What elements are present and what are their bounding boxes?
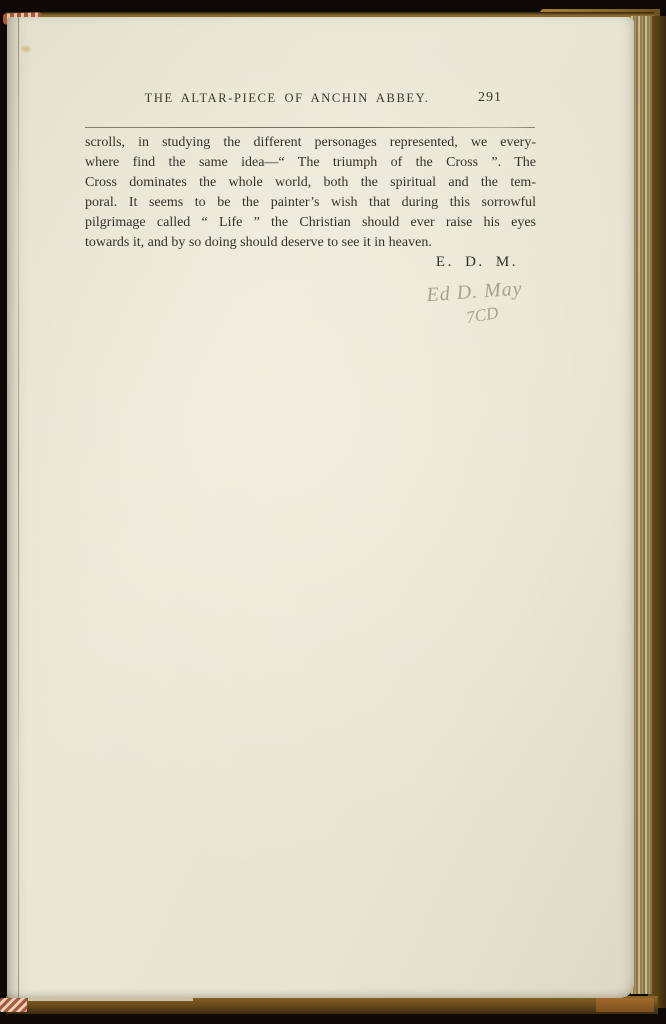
text-line: where find the same idea—“ The triumph o… bbox=[85, 153, 536, 173]
book-page: THE ALTAR-PIECE OF ANCHIN ABBEY. 291 scr… bbox=[7, 17, 634, 998]
text-line: Cross dominates the whole world, both th… bbox=[85, 173, 536, 193]
page-number: 291 bbox=[478, 90, 502, 106]
handwritten-pencil-note: Ed D. May 7CD bbox=[426, 274, 578, 325]
photo-background: THE ALTAR-PIECE OF ANCHIN ABBEY. 291 scr… bbox=[0, 0, 666, 1024]
text-line: pilgrimage called “ Life ” the Christian… bbox=[85, 213, 536, 233]
running-head: THE ALTAR-PIECE OF ANCHIN ABBEY. 291 bbox=[85, 91, 535, 109]
gutter-crease bbox=[18, 17, 19, 998]
header-rule bbox=[85, 127, 535, 128]
page-edge-stack bbox=[631, 16, 652, 994]
chapter-title: THE ALTAR-PIECE OF ANCHIN ABBEY. bbox=[145, 91, 430, 105]
paper-stain bbox=[21, 45, 31, 53]
endband-bottom bbox=[0, 998, 27, 1012]
text-line: poral. It seems to be the painter’s wish… bbox=[85, 193, 536, 213]
text-line: towards it, and by so doing should deser… bbox=[85, 233, 536, 253]
bottom-cover-patch bbox=[596, 998, 654, 1012]
author-initials: E. D. M. bbox=[85, 254, 536, 271]
body-paragraph: scrolls, in studying the different perso… bbox=[85, 133, 536, 253]
text-line: scrolls, in studying the different perso… bbox=[85, 133, 536, 153]
